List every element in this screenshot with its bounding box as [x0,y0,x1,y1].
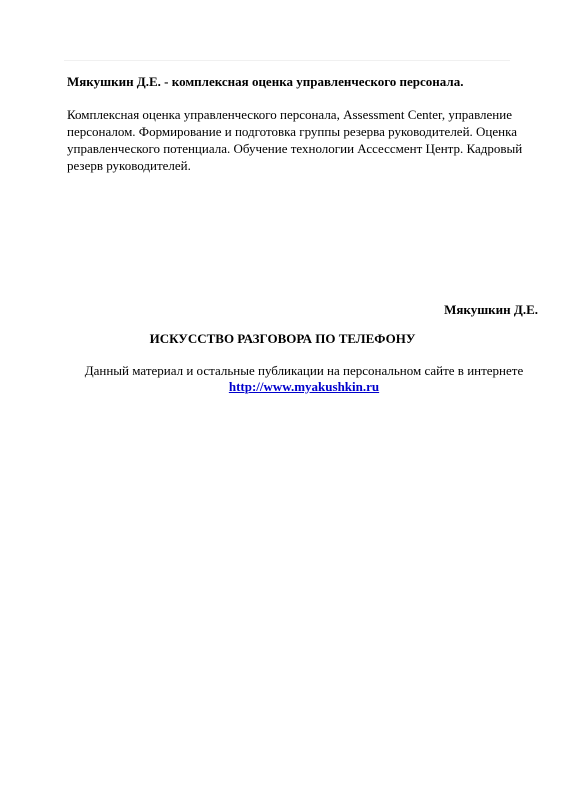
website-link-container: http://www.myakushkin.ru [0,379,565,395]
header-divider [64,60,510,61]
publication-note: Данный материал и остальные публикации н… [0,363,565,379]
website-link[interactable]: http://www.myakushkin.ru [229,379,379,394]
document-title: ИСКУССТВО РАЗГОВОРА ПО ТЕЛЕФОНУ [0,331,565,347]
author-name: Мякушкин Д.Е. [444,302,538,318]
document-description: Комплексная оценка управленческого персо… [67,106,547,174]
document-header-title: Мякушкин Д.Е. - комплексная оценка управ… [67,74,463,90]
